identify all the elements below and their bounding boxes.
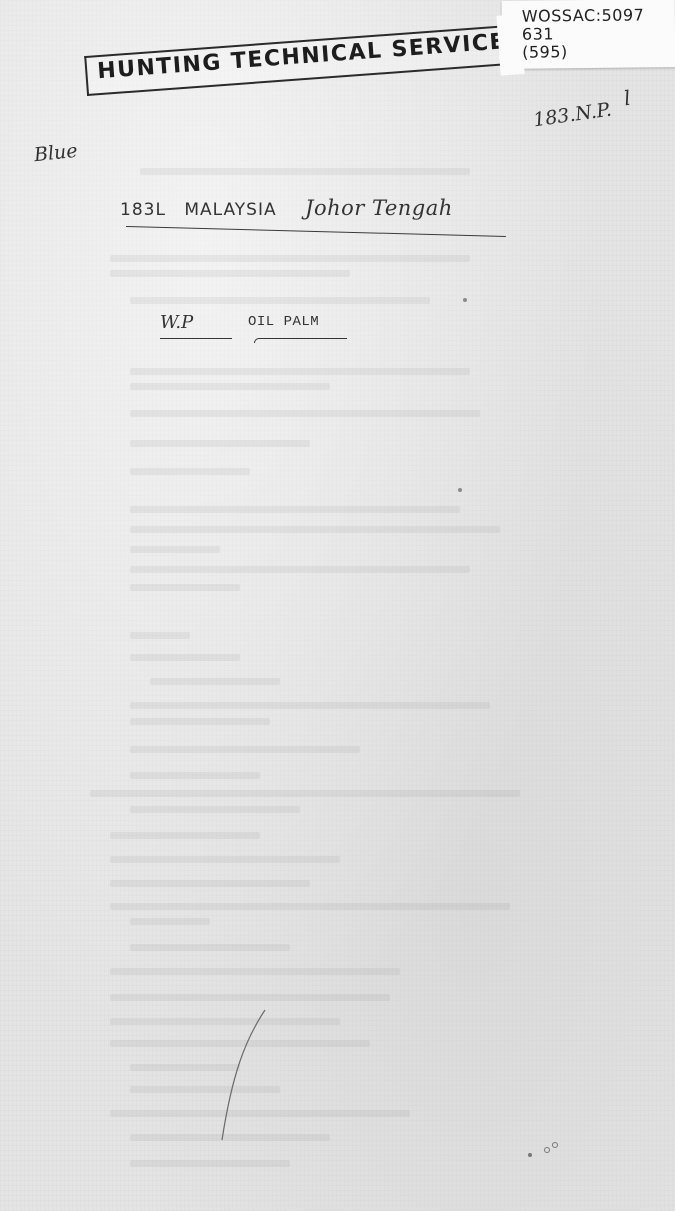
scanned-document-page: WOSSAC:5097 631 (595) HUNTING TECHNICAL …: [0, 0, 675, 1211]
pencil-mark: [0, 0, 675, 1211]
